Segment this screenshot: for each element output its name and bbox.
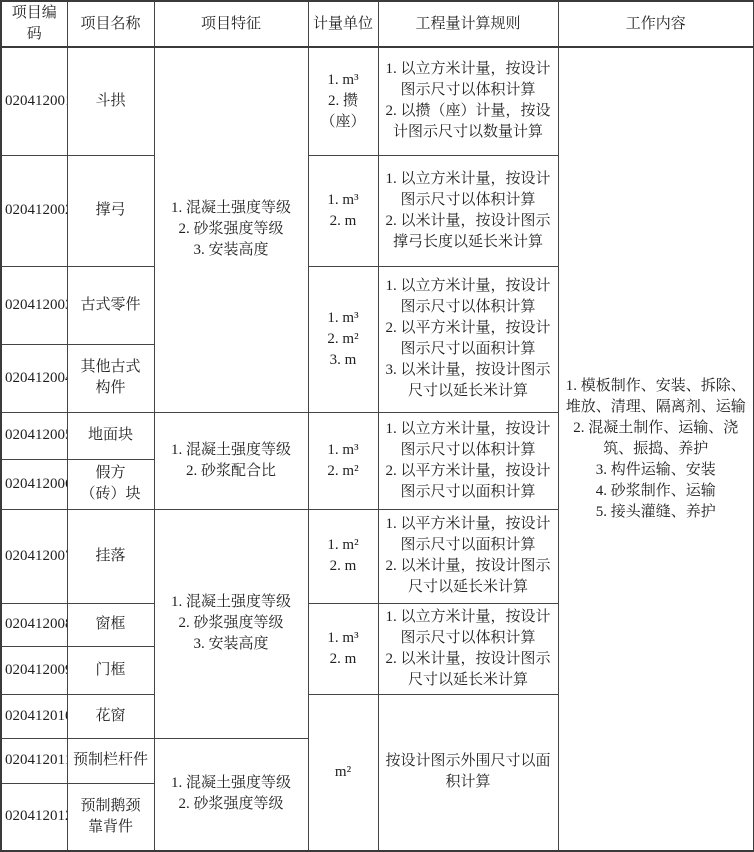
- project-name-cell: 撑弓: [67, 155, 154, 266]
- table-row: 020412001 斗拱 1. 混凝土强度等级 2. 砂浆强度等级 3. 安装高…: [1, 47, 754, 155]
- project-name-cell: 预制鹅颈 靠背件: [67, 783, 154, 851]
- project-code-cell: 020412011: [1, 738, 67, 783]
- project-name-cell: 窗框: [67, 603, 154, 646]
- project-code-cell: 020412010: [1, 694, 67, 738]
- project-name-cell: 其他古式 构件: [67, 344, 154, 412]
- header-project-features: 项目特征: [154, 1, 308, 47]
- header-calculation-rules: 工程量计算规则: [378, 1, 558, 47]
- header-row: 项目编码 项目名称 项目特征 计量单位 工程量计算规则 工作内容: [1, 1, 754, 47]
- unit-cell: 1. m³ 2. m²: [308, 412, 378, 509]
- calculation-rules-cell: 1. 以立方米计量，按设计图示尺寸以体积计算 2. 以攒（座）计量，按设计图示尺…: [378, 47, 558, 155]
- project-code-cell: 020412009: [1, 646, 67, 694]
- project-features-cell: 1. 混凝土强度等级 2. 砂浆配合比: [154, 412, 308, 509]
- project-name-cell: 挂落: [67, 509, 154, 603]
- project-features-cell: 1. 混凝土强度等级 2. 砂浆强度等级: [154, 738, 308, 851]
- project-name-cell: 花窗: [67, 694, 154, 738]
- calculation-rules-cell: 1. 以平方米计量，按设计图示尺寸以面积计算 2. 以米计量，按设计图示尺寸以延…: [378, 509, 558, 603]
- work-content-cell: 1. 模板制作、安装、拆除、堆放、清理、隔离剂、运输 2. 混凝土制作、运输、浇…: [558, 47, 754, 851]
- calculation-rules-cell: 1. 以立方米计量，按设计图示尺寸以体积计算 2. 以平方米计量，按设计图示尺寸…: [378, 266, 558, 412]
- calculation-rules-cell: 1. 以立方米计量，按设计图示尺寸以体积计算 2. 以平方米计量，按设计图示尺寸…: [378, 412, 558, 509]
- project-code-cell: 020412008: [1, 603, 67, 646]
- project-code-cell: 020412003: [1, 266, 67, 344]
- project-features-cell: 1. 混凝土强度等级 2. 砂浆强度等级 3. 安装高度: [154, 47, 308, 412]
- project-code-cell: 020412002: [1, 155, 67, 266]
- project-code-cell: 020412005: [1, 412, 67, 459]
- calculation-rules-cell: 按设计图示外围尺寸以面积计算: [378, 694, 558, 851]
- unit-cell: 1. m³ 2. m: [308, 603, 378, 694]
- calculation-rules-cell: 1. 以立方米计量，按设计图示尺寸以体积计算 2. 以米计量，按设计图示尺寸以延…: [378, 603, 558, 694]
- unit-cell: m²: [308, 694, 378, 851]
- project-specification-table: 项目编码 项目名称 项目特征 计量单位 工程量计算规则 工作内容 0204120…: [0, 0, 754, 852]
- unit-cell: 1. m³ 2. m: [308, 155, 378, 266]
- unit-cell: 1. m³ 2. 攒 （座）: [308, 47, 378, 155]
- header-unit: 计量单位: [308, 1, 378, 47]
- project-name-cell: 斗拱: [67, 47, 154, 155]
- header-project-code: 项目编码: [1, 1, 67, 47]
- project-name-cell: 地面块: [67, 412, 154, 459]
- project-name-cell: 门框: [67, 646, 154, 694]
- project-name-cell: 古式零件: [67, 266, 154, 344]
- project-name-cell: 预制栏杆件: [67, 738, 154, 783]
- header-project-name: 项目名称: [67, 1, 154, 47]
- unit-cell: 1. m² 2. m: [308, 509, 378, 603]
- project-features-cell: 1. 混凝土强度等级 2. 砂浆强度等级 3. 安装高度: [154, 509, 308, 738]
- header-work-content: 工作内容: [558, 1, 754, 47]
- project-name-cell: 假方 （砖）块: [67, 459, 154, 509]
- calculation-rules-cell: 1. 以立方米计量，按设计图示尺寸以体积计算 2. 以米计量，按设计图示撑弓长度…: [378, 155, 558, 266]
- project-code-cell: 020412001: [1, 47, 67, 155]
- project-code-cell: 020412006: [1, 459, 67, 509]
- project-code-cell: 020412004: [1, 344, 67, 412]
- unit-cell: 1. m³ 2. m² 3. m: [308, 266, 378, 412]
- project-code-cell: 020412012: [1, 783, 67, 851]
- project-code-cell: 020412007: [1, 509, 67, 603]
